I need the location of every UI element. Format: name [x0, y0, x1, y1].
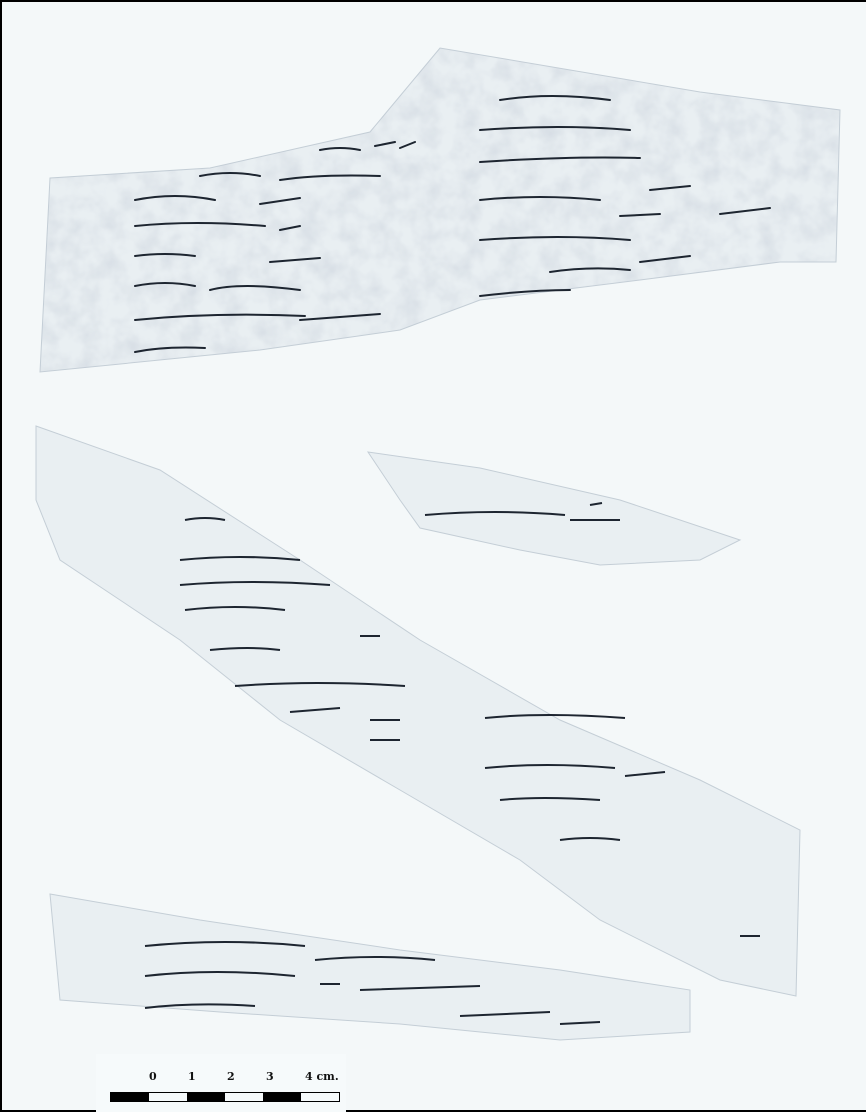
scale-label-4-cm: 4 cm.	[305, 1070, 339, 1083]
scale-segment	[149, 1093, 187, 1101]
scale-segment	[111, 1093, 149, 1101]
scale-label-3: 3	[266, 1070, 274, 1083]
scale-segment	[263, 1093, 301, 1101]
scale-bar-segments	[110, 1092, 340, 1102]
scale-segment	[225, 1093, 263, 1101]
scale-segment	[301, 1093, 339, 1101]
papyrus-fragments	[0, 0, 868, 1114]
scale-label-1: 1	[188, 1070, 196, 1083]
scale-bar: 0 1 2 3 4 cm.	[96, 1054, 346, 1112]
scale-labels: 0 1 2 3 4 cm.	[96, 1070, 346, 1086]
fragment-middle-small	[368, 452, 740, 565]
scale-label-0: 0	[149, 1070, 157, 1083]
scale-label-2: 2	[227, 1070, 235, 1083]
scale-segment	[187, 1093, 225, 1101]
fragment-top	[40, 48, 840, 372]
